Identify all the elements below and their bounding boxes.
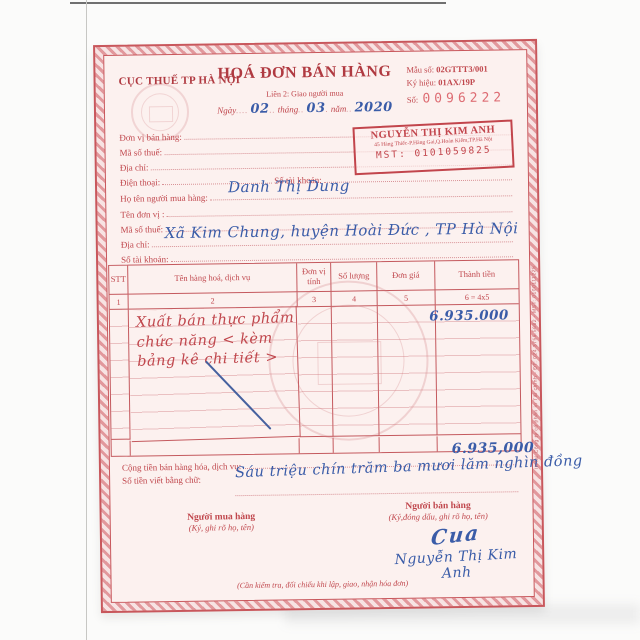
buyer-signature-note: (Ký, ghi rõ họ, tên) (139, 521, 304, 533)
seller-stamp: NGUYỄN THỊ KIM ANH 45 Hàng Thiếc-P.Hàng … (352, 120, 514, 176)
handwritten-year: 2020 (354, 100, 392, 116)
date-word-year: năm (331, 104, 347, 114)
invoice-inner: CỤC THUẾ TP HÀ NỘI HOÁ ĐƠN BÁN HÀNG Liên… (103, 49, 535, 603)
cell-amount: 6.935.000 (436, 304, 521, 435)
buyer-account-label: Số tài khoản: (121, 254, 169, 265)
form-number-value: 02GTTT3/001 (436, 64, 488, 75)
number-line: Số: 0096222 (407, 88, 523, 110)
col-header-price: Đơn giá (377, 261, 435, 291)
seller-phone-label: Điện thoại: (120, 177, 160, 188)
seller-unit-label: Đơn vị bán hàng: (119, 132, 182, 143)
handwritten-day: 02 (250, 102, 269, 117)
col-header-amount: Thành tiền (435, 260, 518, 290)
total-label: Cộng tiền bán hàng hóa, dịch vụ: (122, 461, 241, 473)
words-dotted-line (235, 490, 518, 496)
seller-signature-scribble: Cua (430, 520, 481, 550)
invoice-title: HOÁ ĐƠN BÁN HÀNG (184, 63, 424, 84)
copy-note: Liên 2: Giao người mua (185, 88, 425, 100)
buyer-address-label: Địa chỉ: (121, 239, 150, 249)
col-header-stt: STT (109, 266, 128, 295)
date-word-day: Ngày (217, 105, 236, 115)
handwritten-buyer-name: Danh Thị Dung (228, 177, 350, 197)
symbol-value: 01AX/19P (438, 77, 475, 88)
words-label: Số tiền viết bằng chữ: (122, 475, 201, 486)
seller-signature-block: Người bán hàng (Ký,đóng dấu, ghi rõ họ, … (355, 500, 520, 522)
invoice-serial-number: 0096222 (422, 91, 505, 107)
seller-signature-note: (Ký,đóng dấu, ghi rõ họ, tên) (356, 510, 521, 522)
handwritten-item-amount: 6.935.000 (429, 307, 509, 324)
photo-scan-edge-line (86, 0, 87, 640)
buyer-tax-label: Mã số thuế: (121, 224, 164, 235)
photo-scan-edge-line (70, 2, 446, 4)
footer-note: (Cần kiểm tra, đối chiếu khi lập, giao, … (112, 577, 534, 592)
date-word-month: tháng (278, 104, 299, 114)
invoice-paper: CỤC THUẾ TP HÀ NỘI HOÁ ĐƠN BÁN HÀNG Liên… (93, 39, 545, 613)
seller-tax-label: Mã số thuế: (119, 147, 162, 158)
amount-in-words-row: Số tiền viết bằng chữ: (122, 474, 232, 486)
buyer-name-label: Họ tên người mua hàng: (120, 193, 208, 204)
buyer-unit-label: Tên đơn vị : (120, 209, 164, 220)
colnum-6: 6 = 4x5 (436, 289, 519, 305)
invoice-meta: Mẫu số: 02GTTT3/001 Ký hiệu: 01AX/19P Số… (406, 62, 523, 110)
invoice-date-line: Ngày.... 02.. tháng.. 03. năm.. 2020 (185, 100, 425, 118)
handwritten-month: 03 (306, 101, 325, 116)
seller-address-label: Địa chỉ: (120, 162, 149, 172)
buyer-signature-block: Người mua hàng (Ký, ghi rõ họ, tên) (139, 511, 304, 533)
col-header-description: Tên hàng hoá, dịch vụ (128, 263, 297, 294)
colnum-1: 1 (110, 295, 129, 310)
